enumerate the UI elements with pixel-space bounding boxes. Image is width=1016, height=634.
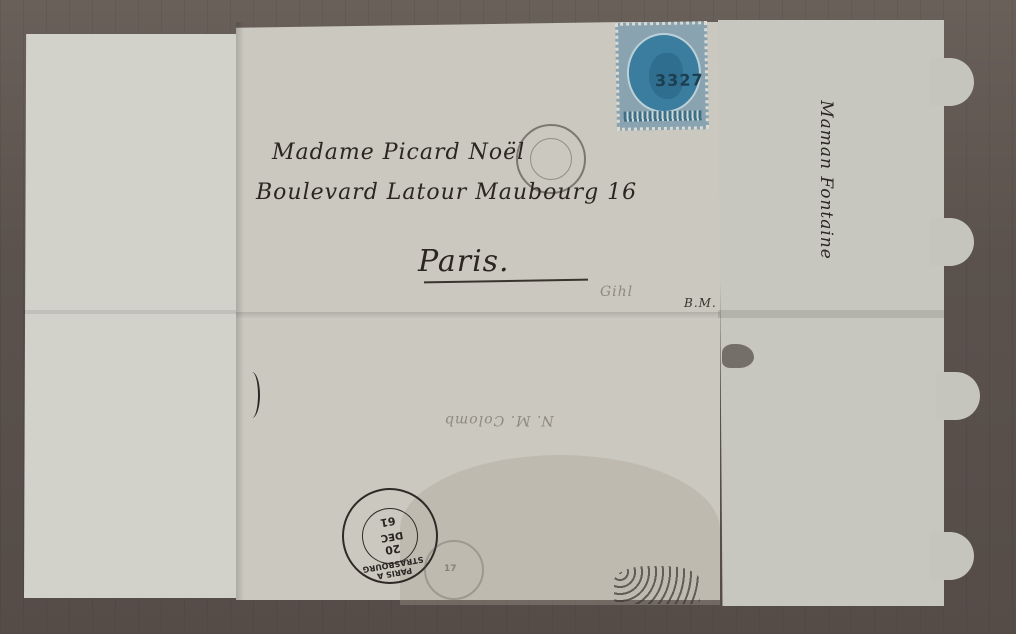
postmark-year: 61 <box>379 514 396 529</box>
address-line-1: Madame Picard Noël <box>272 140 525 165</box>
stamp-frame-text <box>624 110 702 121</box>
left-flap <box>24 34 238 598</box>
ghost-postmark: 17 <box>424 540 484 600</box>
pencil-note-1: Gihl <box>600 284 633 300</box>
address-line-2: Boulevard Latour Maubourg 16 <box>256 180 637 205</box>
pencil-note-2: B.M. <box>684 296 717 310</box>
address-line-3: Paris. <box>418 244 510 279</box>
napoleon-iii-stamp-icon: 3327 <box>626 32 701 113</box>
postage-stamp: 3327 <box>615 21 709 131</box>
side-note: Maman Fontaine <box>816 70 836 290</box>
postmark-day: 20 <box>384 542 401 557</box>
pencil-note-3: N. M. Colomb <box>444 412 554 428</box>
cancel-number: 3327 <box>655 70 704 90</box>
